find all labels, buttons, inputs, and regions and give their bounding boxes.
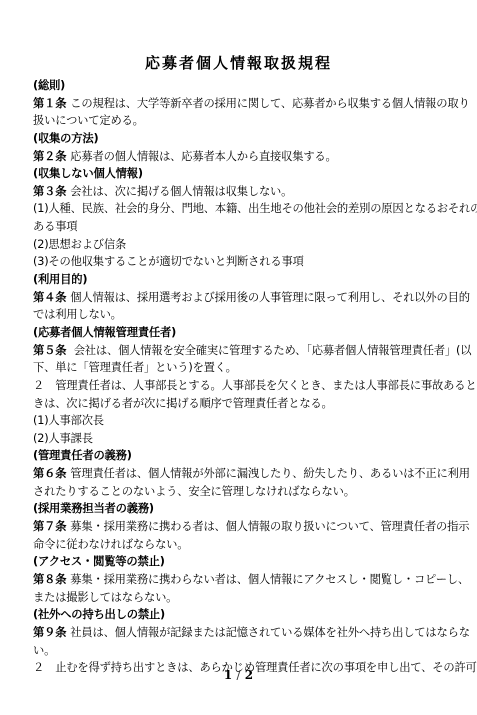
body-text-line: きは、次に掲げる者が次に掲げる順序で管理責任者となる。 <box>33 395 433 413</box>
article-text: 管理責任者は、個人情報が外部に漏洩したり、紛失したり、あるいは不正に利用 <box>70 467 470 480</box>
article-label: 第６条 <box>33 467 66 480</box>
body-text-line: または撮影してはならない。 <box>33 589 433 607</box>
body-text-line: (2)人事課長 <box>33 430 433 448</box>
body-text-line: 扱いについて定める。 <box>33 112 433 130</box>
article-line: 第８条募集・採用業務に携わらない者は、個人情報にアクセスし・閲覧し・コピーし、 <box>33 571 433 589</box>
current-page: 1 <box>224 668 232 682</box>
article-text: 個人情報は、採用選考および採用後の人事管理に限って利用し、それ以外の目的 <box>70 291 470 304</box>
article-line: 第１条この規程は、大学等新卒者の採用に関して、応募者から収集する個人情報の取り <box>33 95 433 113</box>
article-label: 第１条 <box>33 97 66 110</box>
total-pages: 2 <box>245 668 253 682</box>
document-body: (総則)第１条この規程は、大学等新卒者の採用に関して、応募者から収集する個人情報… <box>33 77 433 677</box>
article-text: この規程は、大学等新卒者の採用に関して、応募者から収集する個人情報の取り <box>70 97 469 110</box>
section-heading: (応募者個人情報管理責任者) <box>33 324 433 342</box>
page-number: 1 / 2 <box>0 668 477 682</box>
section-heading: (採用業務担当者の義務) <box>33 500 433 518</box>
section-heading: (アクセス・閲覧等の禁止) <box>33 553 433 571</box>
article-label: 第９条 <box>33 626 66 639</box>
body-text-line: (1)人事部次長 <box>33 412 433 430</box>
page-separator: / <box>236 668 240 682</box>
section-heading: (収集の方法) <box>33 130 433 148</box>
article-text: 募集・採用業務に携わる者は、個人情報の取り扱いについて、管理責任者の指示 <box>70 520 469 533</box>
article-text: 応募者の個人情報は、応募者本人から直接収集する。 <box>70 150 336 163</box>
body-text-line: 下、単に「管理責任者」という)を置く。 <box>33 359 433 377</box>
article-text: 会社は、次に掲げる個人情報は収集しない。 <box>70 185 292 198</box>
document-page: 応募者個人情報取扱規程 (総則)第１条この規程は、大学等新卒者の採用に関して、応… <box>0 0 477 715</box>
article-text: 募集・採用業務に携わらない者は、個人情報にアクセスし・閲覧し・コピーし、 <box>70 573 469 586</box>
article-line: 第６条管理責任者は、個人情報が外部に漏洩したり、紛失したり、あるいは不正に利用 <box>33 465 433 483</box>
article-line: 第２条応募者の個人情報は、応募者本人から直接収集する。 <box>33 148 433 166</box>
article-line: 第３条会社は、次に掲げる個人情報は収集しない。 <box>33 183 433 201</box>
article-label: 第８条 <box>33 573 66 586</box>
article-label: 第５条 <box>33 344 66 357</box>
section-heading: (総則) <box>33 77 433 95</box>
article-label: 第３条 <box>33 185 66 198</box>
document-title: 応募者個人情報取扱規程 <box>0 52 477 73</box>
article-text: 社員は、個人情報が記録または記憶されている媒体を社外へ持ち出してはならな <box>70 626 470 639</box>
article-label: 第２条 <box>33 150 66 163</box>
body-text-line: ある事項 <box>33 218 433 236</box>
article-text: 会社は、個人情報を安全確実に管理するため、「応募者個人情報管理責任者」(以 <box>70 344 471 357</box>
article-label: 第７条 <box>33 520 66 533</box>
body-text-line: されたりすることのないよう、安全に管理しなければならない。 <box>33 483 433 501</box>
article-line: 第９条社員は、個人情報が記録または記憶されている媒体を社外へ持ち出してはならな <box>33 624 433 642</box>
article-label: 第４条 <box>33 291 66 304</box>
body-text-line: (3)その他収集することが適切でないと判断される事項 <box>33 253 433 271</box>
article-line: 第４条個人情報は、採用選考および採用後の人事管理に限って利用し、それ以外の目的 <box>33 289 433 307</box>
body-text-line: い。 <box>33 642 433 660</box>
body-text-line: (1)人種、民族、社会的身分、門地、本籍、出生地その他社会的差別の原因となるおそ… <box>33 200 433 218</box>
body-text-line: 命令に従わなければならない。 <box>33 536 433 554</box>
body-text-line: では利用しない。 <box>33 306 433 324</box>
section-heading: (収集しない個人情報) <box>33 165 433 183</box>
section-heading: (社外への持ち出しの禁止) <box>33 606 433 624</box>
section-heading: (利用目的) <box>33 271 433 289</box>
body-text-line: ２ 管理責任者は、人事部長とする。人事部長を欠くとき、または人事部長に事故あると <box>33 377 433 395</box>
article-line: 第５条 会社は、個人情報を安全確実に管理するため、「応募者個人情報管理責任者」(… <box>33 342 433 360</box>
section-heading: (管理責任者の義務) <box>33 447 433 465</box>
article-line: 第７条募集・採用業務に携わる者は、個人情報の取り扱いについて、管理責任者の指示 <box>33 518 433 536</box>
body-text-line: (2)思想および信条 <box>33 236 433 254</box>
